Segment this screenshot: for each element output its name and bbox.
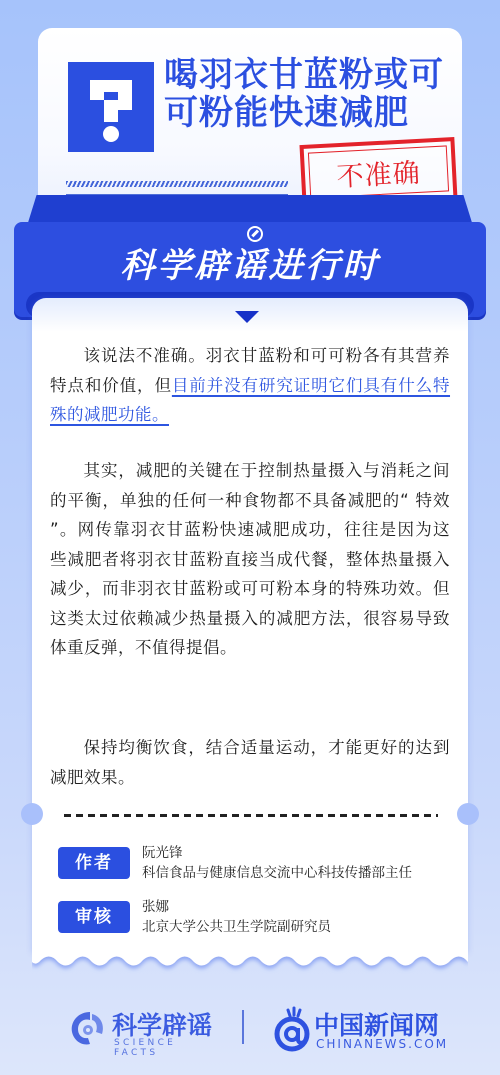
science-facts-logo: 科学辟谣 SCIENCE FACTS	[66, 1002, 216, 1058]
logo-divider	[242, 1010, 244, 1044]
paragraph-text: 保持均衡饮食，结合适量运动，才能更好的达到减肥效果。	[50, 738, 450, 787]
reviewer-tag: 审核	[58, 901, 130, 933]
chinanews-en: CHINANEWS.COM	[316, 1037, 448, 1051]
author-tag: 作者	[58, 847, 130, 879]
science-facts-cn: 科学辟谣	[112, 1006, 212, 1042]
paragraph-explanation: 其实，减肥的关键在于控制热量摄入与消耗之间的平衡，单独的任何一种食物都不具备减肥…	[50, 456, 450, 663]
paragraph-text: 其实，减肥的关键在于控制热量摄入与消耗之间的平衡，单独的任何一种食物都不具备减肥…	[50, 461, 450, 657]
page-title: 喝羽衣甘蓝粉或可可粉能快速减肥	[164, 56, 444, 132]
paragraph-verdict: 该说法不准确。羽衣甘蓝粉和可可粉各有其营养特点和价值，但目前并没有研究证明它们具…	[50, 341, 450, 430]
reviewer-credit: 审核 张娜 北京大学公共卫生学院副研究员	[58, 899, 458, 939]
ticket-notch-right	[457, 803, 479, 825]
ticket-notch-left	[21, 803, 43, 825]
reviewer-name: 张娜	[142, 897, 169, 917]
arrow-down-icon	[235, 311, 259, 323]
scalloped-edge	[32, 950, 468, 980]
verdict-label: 不准确	[336, 150, 422, 193]
science-facts-icon	[68, 1008, 108, 1048]
reviewer-role: 北京大学公共卫生学院副研究员	[142, 917, 331, 937]
science-facts-en: SCIENCE FACTS	[114, 1038, 216, 1058]
decorative-hatch-line	[66, 181, 288, 187]
no-sign-icon	[247, 226, 263, 242]
banner-title: 科学辟谣进行时	[14, 238, 486, 287]
dashed-divider	[64, 814, 438, 817]
author-role: 科信食品与健康信息交流中心科技传播部主任	[142, 863, 412, 883]
question-mark-icon	[68, 62, 154, 152]
author-credit: 作者 阮光锋 科信食品与健康信息交流中心科技传播部主任	[58, 845, 458, 885]
paragraph-advice: 保持均衡饮食，结合适量运动，才能更好的达到减肥效果。	[50, 733, 450, 792]
author-name: 阮光锋	[142, 843, 183, 863]
at-sign-icon	[272, 1006, 316, 1052]
chinanews-logo: 中国新闻网 CHINANEWS.COM	[272, 1002, 442, 1058]
